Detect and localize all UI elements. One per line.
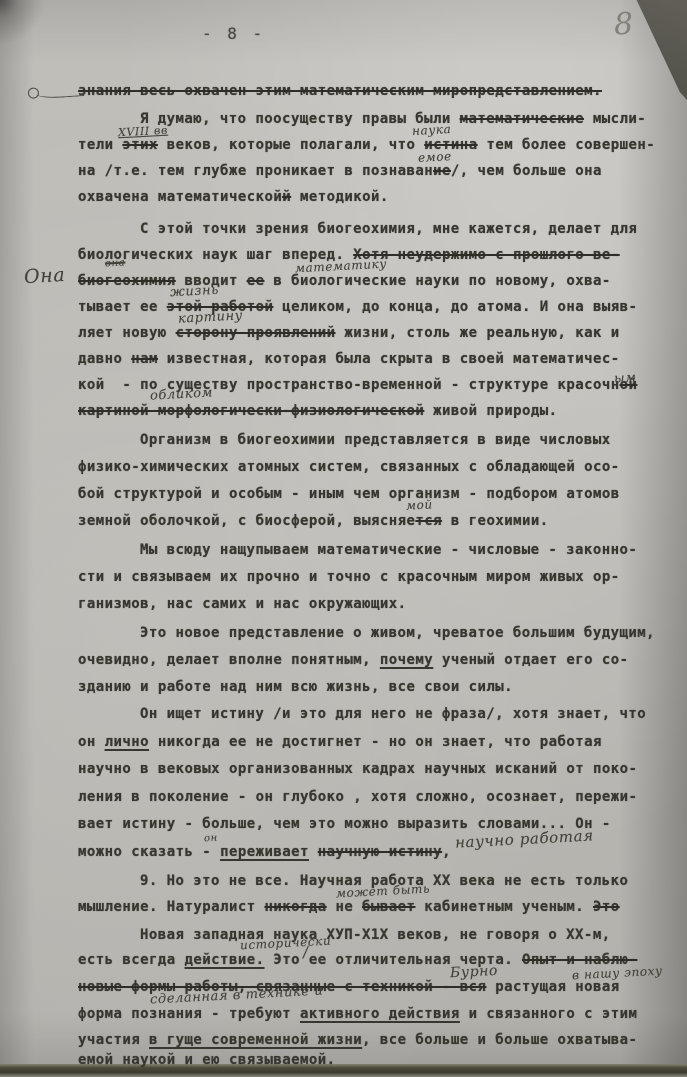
handwritten-annotation: картину	[178, 309, 243, 325]
struck-text-segment: ие	[433, 163, 451, 179]
typed-line: биогеохимия вводит ее в биологические на…	[78, 274, 611, 288]
text-segment: давно	[78, 351, 131, 367]
handwritten-annotation: /	[303, 945, 309, 960]
handwritten-annotation: емое	[418, 150, 452, 164]
underlined-text-segment: в гуще современной жизни	[149, 1032, 362, 1048]
typed-line: на /т.е. тем глубже проникает в познаван…	[78, 164, 602, 178]
text-segment: живой природы.	[424, 403, 557, 419]
struck-text-segment: математические	[460, 111, 584, 127]
struck-text-segment: никогда	[264, 899, 326, 915]
handwritten-annotation: она	[105, 258, 126, 269]
text-segment: очевидно, делает вполне понятным,	[78, 652, 380, 668]
typed-line: Организм в биогеохимии представляется в …	[140, 433, 611, 447]
handwritten-annotation: XVIII вв	[118, 125, 168, 139]
text-segment: жизни, столь же реальную, как и	[336, 325, 620, 341]
struck-text-segment: знания весь охвачен этим математическим …	[78, 83, 602, 99]
underlined-text-segment: активного действия	[300, 1006, 460, 1022]
text-segment	[309, 844, 318, 860]
underlined-text-segment: действие.	[185, 952, 265, 968]
text-segment: растущая новая	[486, 979, 619, 995]
typed-line: физико-химических атомных систем, связан…	[78, 460, 620, 474]
handwritten-annotation: исторически	[240, 935, 332, 952]
struck-text-segment: Хотя неудержимо с прошлого ве-	[353, 247, 619, 263]
handwritten-annotation: Она	[24, 266, 66, 287]
text-segment: емой наукой и ею связываемой.	[78, 1052, 335, 1068]
text-segment: есть всегда	[78, 952, 185, 968]
corner-number: 8	[613, 10, 634, 41]
text-segment: Он ищет истину /и это для него не фраза/…	[140, 706, 646, 722]
typed-line: знания весь охвачен этим математическим …	[78, 84, 602, 98]
handwritten-annotation: в нашу эпоху	[572, 965, 663, 982]
text-segment: Это новое представление о живом, чревато…	[140, 625, 655, 641]
text-segment: можно сказать -	[78, 844, 220, 860]
text-segment: земной оболочкой, с биосферой, выясняе	[78, 513, 415, 529]
typed-line: ления в поколение - он глубоко , хотя сл…	[78, 790, 637, 804]
torn-corner-background	[627, 0, 687, 100]
text-segment: участия	[78, 1032, 149, 1048]
deletion-loop-tail	[36, 87, 85, 99]
text-segment: в биологические науки по новому, охва-	[264, 273, 610, 289]
text-segment: тем более совершен-	[478, 137, 656, 153]
text-segment: тели	[78, 137, 122, 153]
handwritten-annotation: Бурно	[450, 964, 499, 980]
typed-line: сти и связываем их прочно и точно с крас…	[78, 570, 620, 584]
page-number: - 8 -	[202, 24, 265, 43]
text-segment: и связанного с этим	[460, 1006, 638, 1022]
text-segment: ляет новую	[78, 325, 176, 341]
typed-line: картиной морфологически-физиологической …	[78, 404, 557, 418]
struck-text-segment: бывает	[362, 899, 415, 915]
text-segment: веков, которые полагали, что	[158, 137, 424, 153]
text-segment: Новая западная наука ХУП-Х1Х веков, не г…	[140, 927, 611, 943]
handwritten-annotation: жизнь	[170, 284, 220, 300]
typed-line: охвачена математическойй методикой.	[78, 190, 389, 204]
typed-line: зданию и работе над ним всю жизнь, все с…	[78, 680, 513, 694]
typed-line: ганизмов, нас самих и нас окружающих.	[78, 597, 407, 611]
typed-line: Новая западная наука ХУП-Х1Х веков, не г…	[140, 928, 611, 942]
struck-text-segment: Это	[593, 899, 620, 915]
underlined-text-segment: переживает	[220, 844, 309, 860]
text-segment: С этой точки зрения биогеохимия, мне каж…	[140, 221, 637, 237]
text-segment: ученый отдает его со-	[433, 652, 628, 668]
text-segment: Организм в биогеохимии представляется в …	[140, 432, 611, 448]
typed-line: бой структурой и особым - иным чем орган…	[78, 487, 620, 501]
typed-line: тывает ее этой работой целиком, до конца…	[78, 300, 637, 314]
underlined-text-segment: почему	[380, 652, 433, 668]
typed-line: участия в гуще современной жизни, все бо…	[78, 1033, 637, 1047]
text-segment: тывает ее	[78, 299, 167, 315]
text-segment: охвачена математической	[78, 189, 282, 205]
handwritten-annotation: математику	[295, 258, 387, 275]
text-segment: не	[327, 899, 363, 915]
typed-line: научно в вековых организованных кадрах н…	[78, 762, 637, 776]
struck-text-segment: картиной морфологически-физиологической	[78, 403, 424, 419]
text-segment: зданию и работе над ним всю жизнь, все с…	[78, 679, 513, 695]
text-segment: сти и связываем их прочно и точно с крас…	[78, 569, 620, 585]
struck-text-segment: этих	[122, 137, 158, 153]
handwritten-annotation: он	[204, 834, 218, 845]
text-segment: известная, которая была скрыта в своей м…	[158, 351, 620, 367]
typed-line: ляет новую сторону проявлений жизни, сто…	[78, 326, 620, 340]
text-segment: в геохимии.	[442, 513, 549, 529]
text-segment: на /т.е. тем глубже проникает в познаван	[78, 163, 433, 179]
typed-line: С этой точки зрения биогеохимия, мне каж…	[140, 222, 637, 236]
struck-text-segment: биогеохимия	[78, 273, 176, 289]
text-segment: никогда ее не достигнет - но он знает, ч…	[149, 734, 602, 750]
handwritten-annotation: ым	[614, 371, 637, 385]
typed-line: Мы всюду нащупываем математические - чис…	[140, 543, 637, 557]
struck-text-segment: сторону проявлений	[176, 325, 336, 341]
deletion-loop-mark	[28, 84, 85, 102]
struck-text-segment: тся	[415, 513, 442, 529]
typed-line: можно сказать - переживает научную истин…	[78, 845, 451, 859]
struck-text-segment: нам	[131, 351, 158, 367]
text-segment: мышление. Натуралист	[78, 899, 264, 915]
text-segment: он	[78, 734, 105, 750]
typed-line: Это новое представление о живом, чревато…	[140, 626, 655, 640]
text-segment: физико-химических атомных систем, связан…	[78, 459, 620, 475]
struck-text-segment: научную истину	[318, 844, 442, 860]
text-segment: кабинетным ученым.	[415, 899, 593, 915]
text-segment: бой структурой и особым - иным чем орган…	[78, 486, 620, 502]
struck-text-segment: ее	[247, 273, 265, 289]
handwritten-annotation: обликом	[150, 386, 214, 402]
struck-text-segment: й	[282, 189, 291, 205]
text-segment: Мы всюду нащупываем математические - чис…	[140, 542, 637, 558]
typed-line: Я думаю, что поосуществу правы были мате…	[140, 112, 646, 126]
typed-line: емой наукой и ею связываемой.	[78, 1053, 335, 1067]
handwritten-annotation: может быть	[336, 883, 431, 900]
handwritten-annotation: научно работая	[455, 828, 594, 850]
typed-line: есть всегда действие. Это ее отличительн…	[78, 953, 637, 967]
text-segment: ления в поколение - он глубоко , хотя сл…	[78, 789, 637, 805]
typed-line: тели этих веков, которые полагали, что и…	[78, 138, 655, 152]
text-segment: , все больше и больше охватыва-	[362, 1032, 637, 1048]
text-segment: научно в вековых организованных кадрах н…	[78, 761, 637, 777]
typed-line: мышление. Натуралист никогда не бывает к…	[78, 900, 620, 914]
text-segment: мысли-	[584, 111, 646, 127]
typed-line: земной оболочкой, с биосферой, выясняетс…	[78, 514, 549, 528]
text-segment: форма познания - требуют	[78, 1006, 300, 1022]
typed-line: давно нам известная, которая была скрыта…	[78, 352, 620, 366]
typed-line: форма познания - требуют активного дейст…	[78, 1007, 637, 1021]
text-segment: методикой.	[291, 189, 389, 205]
text-segment: целиком, до конца, до атома. И она выяв-	[273, 299, 637, 315]
text-segment: ,	[442, 844, 451, 860]
text-segment: /, чем больше она	[451, 163, 602, 179]
document-scan: - 8 - знания весь охвачен этим математич…	[0, 0, 687, 1077]
text-segment: ганизмов, нас самих и нас окружающих.	[78, 596, 407, 612]
typed-line: Он ищет истину /и это для него не фраза/…	[140, 707, 646, 721]
handwritten-annotation: мой	[406, 498, 433, 511]
underlined-text-segment: лично	[105, 734, 149, 750]
typed-line: он лично никогда ее не достигнет - но он…	[78, 735, 602, 749]
handwritten-annotation: наука	[412, 123, 452, 137]
typed-line: очевидно, делает вполне понятным, почему…	[78, 653, 629, 667]
